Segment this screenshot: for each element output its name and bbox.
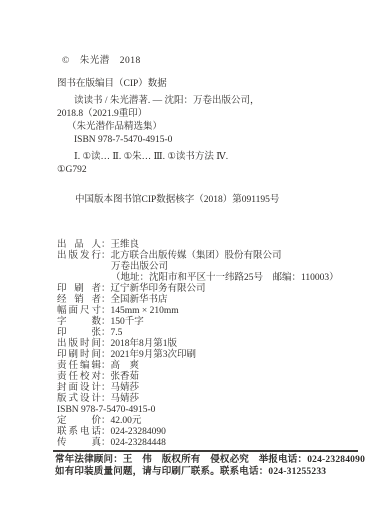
pub-info-colon: ： bbox=[101, 416, 111, 427]
pub-info-label: 版式设计 bbox=[57, 394, 101, 405]
pub-info-label: 字数 bbox=[57, 317, 101, 328]
pub-info-label: 封面设计 bbox=[57, 383, 101, 394]
pub-info-value: 150千字 bbox=[111, 317, 144, 328]
pub-info-colon: ： bbox=[101, 438, 111, 449]
pub-info-row: 责任校对：张香茹 bbox=[57, 372, 357, 383]
pub-info-row: 印刷时间：2021年9月第3次印刷 bbox=[57, 350, 357, 361]
pub-info-value: 145mm × 210mm bbox=[111, 306, 179, 317]
pub-info-colon: ： bbox=[101, 427, 111, 438]
cip-description: 读读书 / 朱光潜著. — 沈阳：万卷出版公司， 2018.8（2021.9重印… bbox=[57, 95, 260, 147]
pub-info-value: 张香茹 bbox=[111, 372, 140, 383]
cip-class-code: ①G792 bbox=[57, 165, 87, 176]
pub-info-colon: ： bbox=[101, 240, 111, 251]
pub-info-value: ISBN 978-7-5470-4915-0 bbox=[57, 405, 155, 416]
pub-info-colon: ： bbox=[101, 372, 111, 383]
pub-info-row: 定价：42.00元 bbox=[57, 416, 357, 427]
pub-info-value: 高 爽 bbox=[111, 361, 140, 372]
pub-info-label: 出版时间 bbox=[57, 339, 101, 350]
copyright-notice: © 朱光潜 2018 bbox=[62, 56, 141, 67]
pub-info-row: 版式设计：马婧莎 bbox=[57, 394, 357, 405]
pub-info-label: 出品人 bbox=[57, 240, 101, 251]
pub-info-label: 定价 bbox=[57, 416, 101, 427]
pub-info-value: 北方联合出版传媒（集团）股份有限公司 bbox=[111, 251, 282, 262]
pub-info-label: 印刷者 bbox=[57, 284, 101, 295]
pub-info-value: （地址：沈阳市和平区十一纬路25号 邮编：110003） bbox=[111, 273, 339, 284]
cip-title: 图书在版编目（CIP）数据 bbox=[57, 79, 167, 90]
pub-info-row: 联系电话：024-23284090 bbox=[57, 427, 357, 438]
pub-info-row: 封面设计：马婧莎 bbox=[57, 383, 357, 394]
pub-info-label: 责任校对 bbox=[57, 372, 101, 383]
pub-info-row: 出版发行：北方联合出版传媒（集团）股份有限公司 bbox=[57, 251, 357, 262]
cip-description-line: ISBN 978-7-5470-4915-0 bbox=[57, 134, 260, 147]
pub-info-value: 024-23284448 bbox=[111, 438, 166, 449]
pub-info-colon: ： bbox=[101, 328, 111, 339]
pub-info-row: 幅面尺寸：145mm × 210mm bbox=[57, 306, 357, 317]
pub-info-label: 出版发行 bbox=[57, 251, 101, 262]
cip-record-number: 中国版本图书馆CIP数据核字（2018）第091195号 bbox=[75, 195, 279, 206]
quality-notice-line: 如有印装质量问题，请与印刷厂联系。联系电话：024-31255233 bbox=[55, 467, 326, 478]
book-copyright-page: © 朱光潜 2018 图书在版编目（CIP）数据 读读书 / 朱光潜著. — 沈… bbox=[0, 0, 375, 514]
pub-info-label: 传真 bbox=[57, 438, 101, 449]
cip-description-line: （朱光潜作品精选集） bbox=[57, 121, 260, 134]
pub-info-row: 传真：024-23284448 bbox=[57, 438, 357, 449]
pub-info-value: 2021年9月第3次印刷 bbox=[111, 350, 197, 361]
pub-info-row: 经销者：全国新华书店 bbox=[57, 295, 357, 306]
pub-info-colon: ： bbox=[101, 295, 111, 306]
pub-info-value: 马婧莎 bbox=[111, 394, 140, 405]
pub-info-value: 辽宁新华印务有限公司 bbox=[111, 284, 206, 295]
pub-info-label: 联系电话 bbox=[57, 427, 101, 438]
pub-info-colon: ： bbox=[101, 251, 111, 262]
pub-info-row: 万卷出版公司 bbox=[57, 262, 357, 273]
pub-info-colon: ： bbox=[101, 394, 111, 405]
pub-info-row-isbn: ISBN 978-7-5470-4915-0 bbox=[57, 405, 357, 416]
pub-info-colon: ： bbox=[101, 317, 111, 328]
cip-description-line: 2018.8（2021.9重印） bbox=[57, 108, 260, 121]
pub-info-label: 印刷时间 bbox=[57, 350, 101, 361]
pub-info-value: 2018年8月第1版 bbox=[111, 339, 178, 350]
pub-info-label: 责任编辑 bbox=[57, 361, 101, 372]
pub-info-value: 42.00元 bbox=[111, 416, 142, 427]
legal-notice-line: 常年法律顾问：王 伟 版权所有 侵权必究 举报电话：024-23284090 bbox=[55, 455, 365, 466]
cip-classification: Ⅰ. ①读… Ⅱ. ①朱… Ⅲ. ①读书方法 Ⅳ. bbox=[74, 152, 228, 163]
pub-info-colon: ： bbox=[101, 383, 111, 394]
pub-info-value: 7.5 bbox=[111, 328, 123, 339]
pub-info-row: 责任编辑：高 爽 bbox=[57, 361, 357, 372]
pub-info-row: （地址：沈阳市和平区十一纬路25号 邮编：110003） bbox=[57, 273, 357, 284]
pub-info-colon: ： bbox=[101, 306, 111, 317]
pub-info-row: 出版时间：2018年8月第1版 bbox=[57, 339, 357, 350]
pub-info-colon: ： bbox=[101, 361, 111, 372]
footer-divider-rule bbox=[53, 450, 358, 452]
pub-info-colon: ： bbox=[101, 350, 111, 361]
pub-info-value: 万卷出版公司 bbox=[111, 262, 168, 273]
pub-info-row: 出品人：王维良 bbox=[57, 240, 357, 251]
pub-info-row: 印刷者：辽宁新华印务有限公司 bbox=[57, 284, 357, 295]
pub-info-value: 024-23284090 bbox=[111, 427, 166, 438]
pub-info-label: 幅面尺寸 bbox=[57, 306, 101, 317]
pub-info-colon: ： bbox=[101, 284, 111, 295]
pub-info-row: 字数：150千字 bbox=[57, 317, 357, 328]
pub-info-label: 印张 bbox=[57, 328, 101, 339]
pub-info-value: 王维良 bbox=[111, 240, 140, 251]
pub-info-colon: ： bbox=[101, 339, 111, 350]
cip-description-line: 读读书 / 朱光潜著. — 沈阳：万卷出版公司， bbox=[57, 95, 260, 108]
pub-info-row: 印张：7.5 bbox=[57, 328, 357, 339]
pub-info-label: 经销者 bbox=[57, 295, 101, 306]
pub-info-value: 全国新华书店 bbox=[111, 295, 168, 306]
publication-info: 出品人：王维良 出版发行：北方联合出版传媒（集团）股份有限公司 万卷出版公司 （… bbox=[57, 240, 357, 449]
pub-info-value: 马婧莎 bbox=[111, 383, 140, 394]
